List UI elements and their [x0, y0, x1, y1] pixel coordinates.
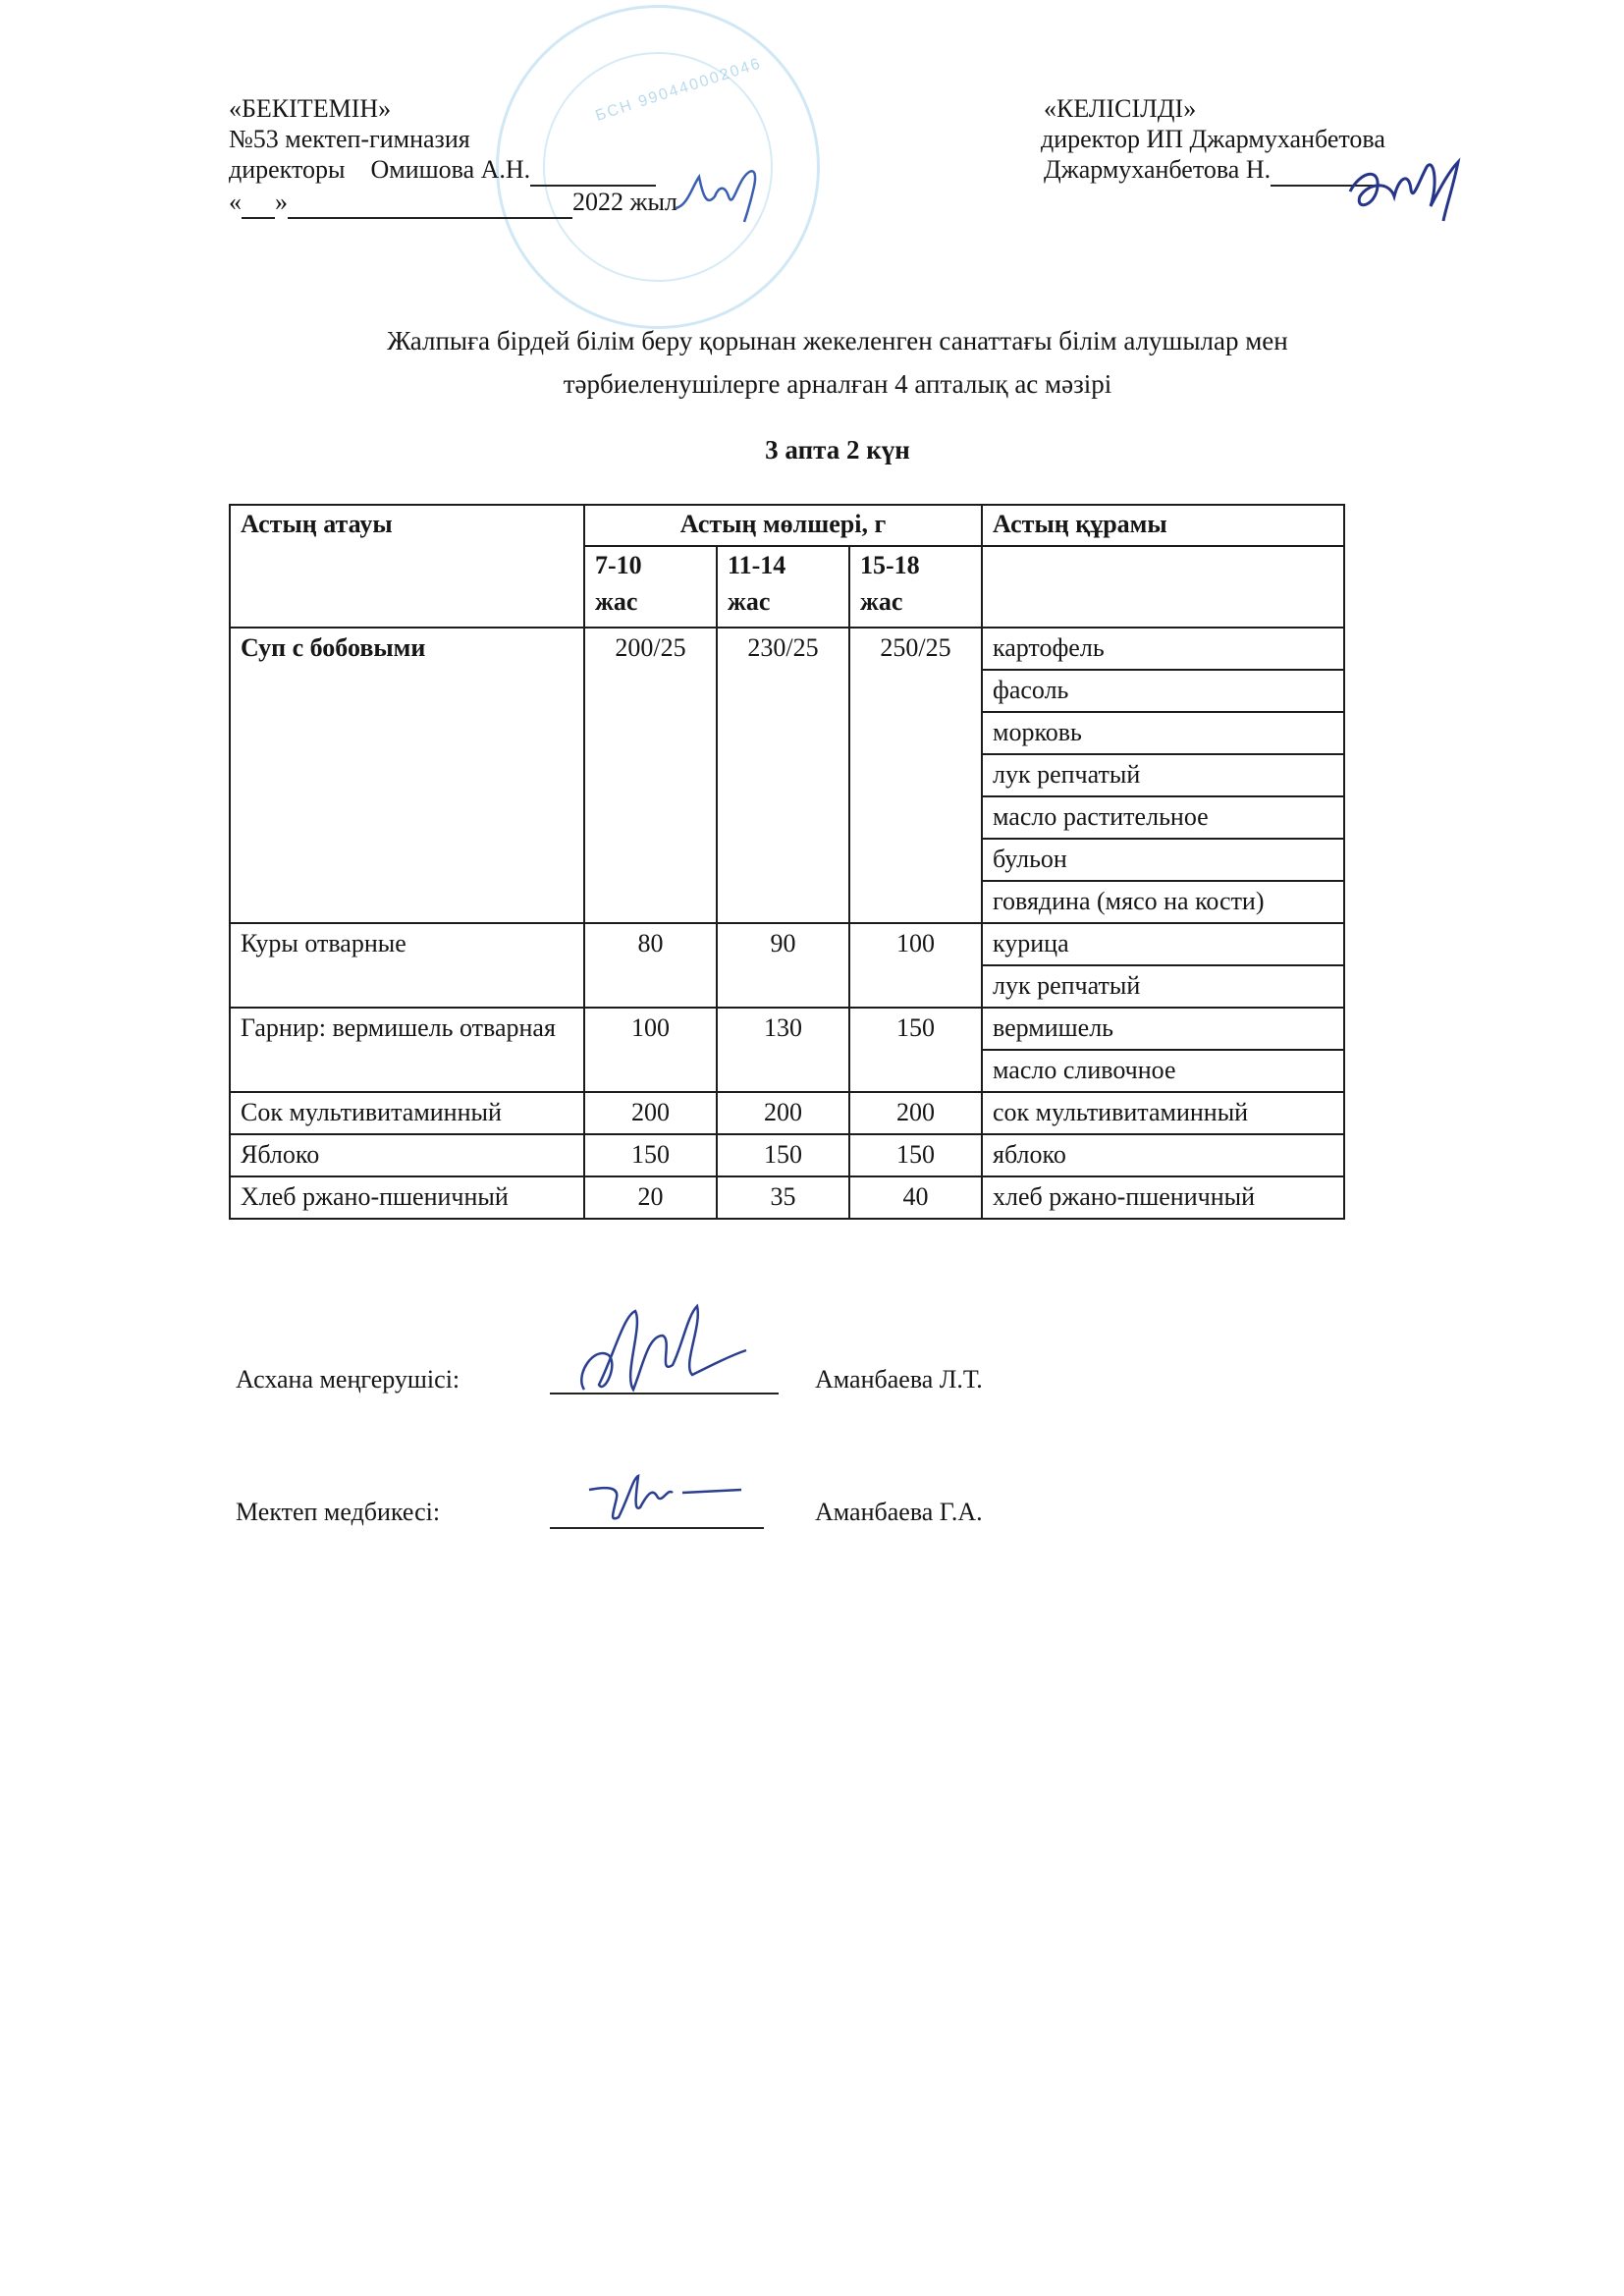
supplier-position: директор ИП Джармуханбетова [1041, 124, 1385, 154]
header-age-group: 7-10жас [584, 546, 717, 628]
dish-quantity: 90 [717, 923, 849, 1008]
dish-quantity: 100 [849, 923, 982, 1008]
title-line-2: тәрбиеленушілерге арналған 4 апталық ас … [229, 362, 1446, 406]
dish-name: Гарнир: вермишель отварная [230, 1008, 584, 1092]
ingredient: морковь [982, 712, 1344, 754]
dish-quantity: 40 [849, 1176, 982, 1219]
ingredient: бульон [982, 839, 1344, 881]
date-line: « » 2022 жыл [229, 187, 677, 219]
dish-quantity: 35 [717, 1176, 849, 1219]
dish-quantity: 200 [584, 1092, 717, 1134]
director-name: Омишова А.Н. [370, 155, 530, 184]
supplier-signature [1340, 152, 1478, 226]
header-composition: Астың құрамы [982, 505, 1344, 546]
nurse-label: Мектеп медбикесі: [236, 1498, 440, 1527]
dish-quantity: 230/25 [717, 628, 849, 923]
dish-quantity: 20 [584, 1176, 717, 1219]
dish-quantity: 80 [584, 923, 717, 1008]
header-age-group: 15-18жас [849, 546, 982, 628]
dish-quantity: 130 [717, 1008, 849, 1092]
table-row: Суп с бобовыми200/25230/25250/25картофел… [230, 628, 1344, 670]
ingredient: лук репчатый [982, 754, 1344, 796]
dish-quantity: 250/25 [849, 628, 982, 923]
header-age-group: 11-14жас [717, 546, 849, 628]
director-position: директоры [229, 155, 345, 184]
table-row: Куры отварные8090100курица [230, 923, 1344, 965]
dish-quantity: 200 [717, 1092, 849, 1134]
nurse-signature [579, 1468, 756, 1527]
date-day-blank [242, 187, 275, 219]
institution-name: №53 мектеп-гимназия [229, 124, 677, 154]
ingredient: картофель [982, 628, 1344, 670]
dish-name: Куры отварные [230, 923, 584, 1008]
approval-block-right: «КЕЛІСІЛДІ» директор ИП Джармуханбетова … [1044, 93, 1385, 187]
dish-quantity: 200 [849, 1092, 982, 1134]
week-day-subtitle: 3 апта 2 күн [229, 435, 1446, 465]
ingredient: яблоко [982, 1134, 1344, 1176]
table-row: Хлеб ржано-пшеничный203540хлеб ржано-пше… [230, 1176, 1344, 1219]
date-close-quote: » [275, 188, 288, 216]
nurse-signature-line [550, 1527, 764, 1529]
dish-quantity: 150 [584, 1134, 717, 1176]
header-dish-name: Астың атауы [230, 505, 584, 628]
kitchen-head-label: Асхана меңгерушісі: [236, 1365, 460, 1394]
dish-quantity: 100 [584, 1008, 717, 1092]
nurse-name: Аманбаева Г.А. [815, 1498, 983, 1527]
ingredient: вермишель [982, 1008, 1344, 1050]
approval-block-left: «БЕКІТЕМІН» №53 мектеп-гимназия директор… [229, 93, 677, 219]
approval-heading: «БЕКІТЕМІН» [229, 93, 677, 124]
director-line: директоры Омишова А.Н. [229, 154, 677, 187]
ingredient: хлеб ржано-пшеничный [982, 1176, 1344, 1219]
table-row: Яблоко150150150яблоко [230, 1134, 1344, 1176]
title-line-1: Жалпыға бірдей білім беру қорынан жекеле… [229, 319, 1446, 362]
age-range: 11-14 [728, 547, 839, 583]
dish-name: Сок мультивитаминный [230, 1092, 584, 1134]
date-open-quote: « [229, 188, 242, 216]
dish-quantity: 150 [717, 1134, 849, 1176]
kitchen-head-signature [565, 1296, 790, 1404]
table-row: Сок мультивитаминный200200200сок мультив… [230, 1092, 1344, 1134]
supplier-line: Джармуханбетова Н. [1044, 154, 1385, 187]
header-composition-empty [982, 546, 1344, 628]
dish-quantity: 150 [849, 1008, 982, 1092]
director-signature [668, 157, 776, 226]
dish-name: Яблоко [230, 1134, 584, 1176]
dish-quantity: 200/25 [584, 628, 717, 923]
ingredient: сок мультивитаминный [982, 1092, 1344, 1134]
dish-quantity: 150 [849, 1134, 982, 1176]
agreed-heading: «КЕЛІСІЛДІ» [1044, 93, 1385, 124]
dish-name: Суп с бобовыми [230, 628, 584, 923]
header-quantity: Астың мөлшері, г [584, 505, 982, 546]
supplier-name: Джармуханбетова Н. [1044, 155, 1271, 184]
date-year: 2022 жыл [572, 188, 677, 216]
kitchen-head-name: Аманбаева Л.Т. [815, 1365, 983, 1394]
table-row: Гарнир: вермишель отварная100130150верми… [230, 1008, 1344, 1050]
ingredient: лук репчатый [982, 965, 1344, 1008]
ingredient: говядина (мясо на кости) [982, 881, 1344, 923]
age-unit: жас [728, 583, 839, 620]
ingredient: курица [982, 923, 1344, 965]
age-unit: жас [595, 583, 706, 620]
signature-line [530, 154, 656, 187]
ingredient: масло сливочное [982, 1050, 1344, 1092]
table-header-row: Астың атауыАстың мөлшері, гАстың құрамы [230, 505, 1344, 546]
ingredient: фасоль [982, 670, 1344, 712]
date-month-blank [288, 187, 572, 219]
age-range: 7-10 [595, 547, 706, 583]
document-title: Жалпыға бірдей білім беру қорынан жекеле… [229, 319, 1446, 406]
ingredient: масло растительное [982, 796, 1344, 839]
age-unit: жас [860, 583, 971, 620]
age-range: 15-18 [860, 547, 971, 583]
dish-name: Хлеб ржано-пшеничный [230, 1176, 584, 1219]
menu-table: Астың атауыАстың мөлшері, гАстың құрамы7… [229, 504, 1345, 1220]
